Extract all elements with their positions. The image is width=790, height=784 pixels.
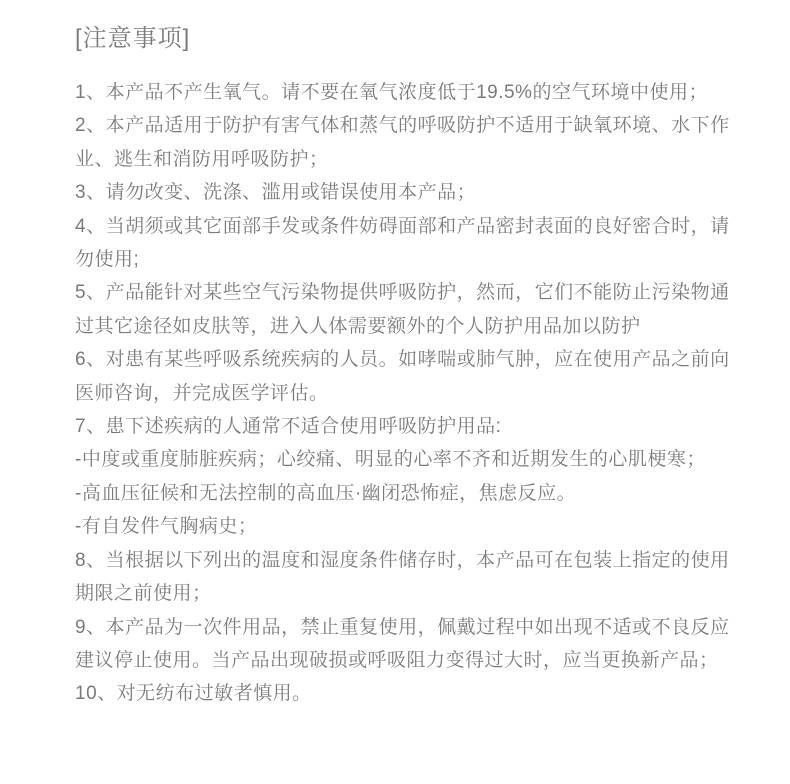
notice-line: -高血压征候和无法控制的高血压·幽闭恐怖症，焦虑反应。: [75, 477, 740, 510]
notice-line: 业、逃生和消防用呼吸防护；: [75, 143, 740, 176]
notice-line: 建议停止使用。当产品出现破损或呼吸阻力变得过大时，应当更换新产品；: [75, 644, 740, 677]
notice-line: 期限之前使用；: [75, 577, 740, 610]
notice-line: 1、本产品不产生氧气。请不要在氧气浓度低于19.5%的空气环境中使用；: [75, 76, 740, 109]
notice-body: 1、本产品不产生氧气。请不要在氧气浓度低于19.5%的空气环境中使用； 2、本产…: [75, 76, 740, 711]
notice-title: [注意事项]: [75, 25, 740, 53]
notice-line: 勿使用;: [75, 243, 740, 276]
notice-line: 7、患下述疾病的人通常不适合使用呼吸防护用品:: [75, 410, 740, 443]
notice-line: 3、请勿改变、洗涤、滥用或错误使用本产品；: [75, 176, 740, 209]
notice-line: 4、当胡须或其它面部手发或条件妨碍面部和产品密封表面的良好密合时，请: [75, 210, 740, 243]
notice-line: 10、对无纺布过敏者慎用。: [75, 677, 740, 710]
notice-line: 2、本产品适用于防护有害气体和蒸气的呼吸防护不适用于缺氧环境、水下作: [75, 109, 740, 142]
notice-page: [注意事项] 1、本产品不产生氧气。请不要在氧气浓度低于19.5%的空气环境中使…: [0, 0, 790, 784]
notice-line: -中度或重度肺脏疾病；心绞痛、明显的心率不齐和近期发生的心肌梗寒；: [75, 443, 740, 476]
notice-line: 8、当根据以下列出的温度和湿度条件储存时，本产品可在包装上指定的使用: [75, 544, 740, 577]
notice-line: 5、产品能针对某些空气污染物提供呼吸防护，然而，它们不能防止污染物通: [75, 276, 740, 309]
notice-line: 过其它途径如皮肤等，进入人体需要额外的个人防护用品加以防护: [75, 310, 740, 343]
notice-line: 9、本产品为一次件用品，禁止重复使用，佩戴过程中如出现不适或不良反应: [75, 611, 740, 644]
notice-line: 6、对患有某些呼吸系统疾病的人员。如哮喘或肺气肿，应在使用产品之前向: [75, 343, 740, 376]
notice-line: -有自发件气胸病史；: [75, 510, 740, 543]
notice-line: 医师咨询，并完成医学评估。: [75, 377, 740, 410]
